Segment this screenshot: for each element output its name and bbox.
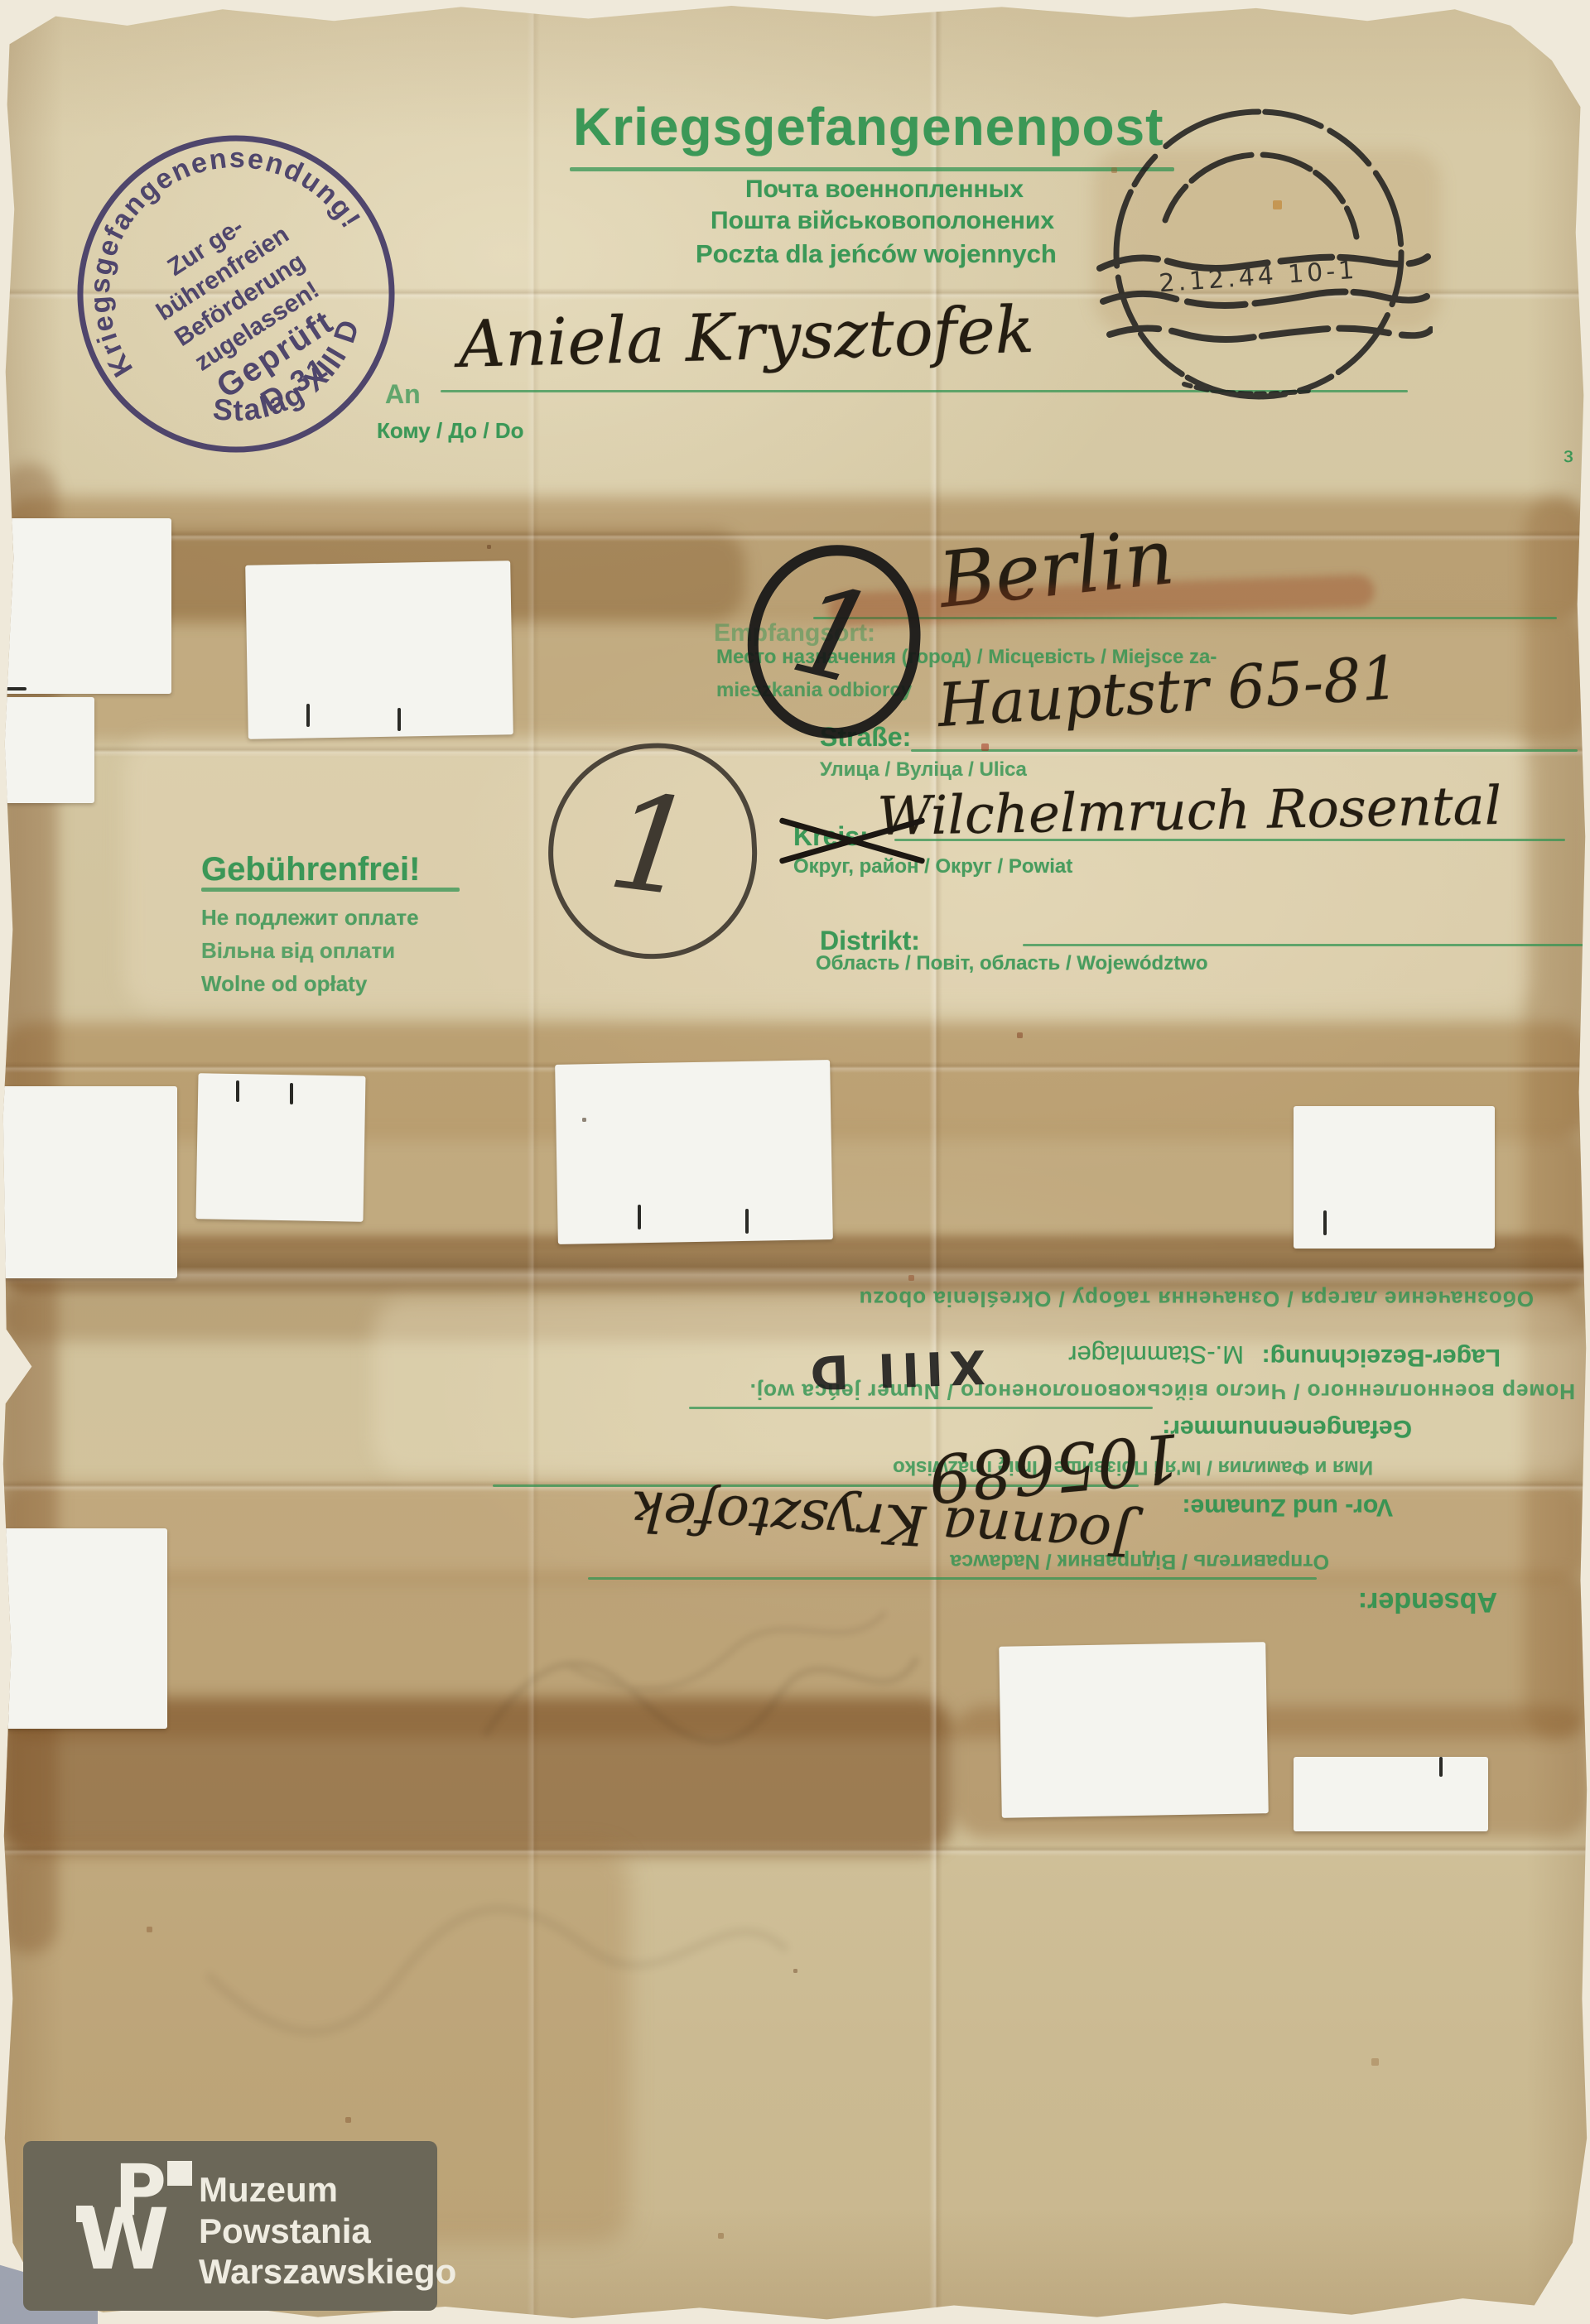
subtitle-russian: Почта военнопленных	[745, 176, 1024, 204]
title-underline	[570, 167, 1174, 171]
absender-label: Absender:	[1358, 1585, 1497, 1618]
city-line	[813, 617, 1557, 619]
censor-patch	[0, 697, 94, 803]
pencil-circled-one: 1	[542, 739, 762, 965]
lager-value: M.-Stammlager	[1068, 1340, 1244, 1369]
subtitle-polish: Poczta dla jeńców wojennych	[696, 239, 1057, 269]
form-title: Kriegsgefangenenpost	[573, 96, 1164, 157]
pencil-tick	[290, 1083, 293, 1104]
pencil-tick	[745, 1209, 749, 1234]
pencil-tick	[638, 1205, 641, 1229]
kreis-handwriting: Wilchelmruch Rosental	[877, 776, 1502, 848]
circled-one-stamp: 1	[741, 539, 927, 744]
fee-line-ru: Не подлежит оплате	[201, 905, 419, 931]
lager-sub: Обозначение лагеря / Означення табору / …	[859, 1286, 1534, 1311]
pencil-tick	[306, 704, 310, 727]
museum-name-line1: Muzeum	[199, 2169, 456, 2211]
scanned-pow-postcard: Kriegsgefangenenpost Почта военнопленных…	[0, 0, 1590, 2324]
margin-mark: з	[1563, 442, 1573, 468]
kotwica-square-decor	[76, 2206, 93, 2222]
museum-name: Muzeum Powstania Warszawskiego	[199, 2169, 456, 2293]
camp-censor-stamp: Kriegsgefangenensendung! Stalag XIII D Z…	[7, 65, 465, 522]
absender-line	[588, 1577, 1317, 1580]
censor-patch	[999, 1642, 1269, 1818]
pencil-one-value: 1	[601, 763, 704, 927]
lager-number-stamp: XIII D	[802, 1339, 986, 1399]
fee-line-pl: Wolne od opłaty	[201, 971, 367, 997]
pencil-tick	[236, 1080, 239, 1102]
fee-title: Gebührenfrei!	[201, 851, 420, 888]
pencil-tick	[1439, 1757, 1443, 1777]
foxing-dots	[0, 0, 1, 1]
postmark: 2.12.44 10-1	[1085, 93, 1433, 424]
censor-patch	[0, 1528, 167, 1729]
kotwica-p-glyph: P	[114, 2149, 166, 2232]
kreis-sub: Округ, район / Округ / Powiat	[793, 855, 1072, 878]
addressee-name-handwriting: Aniela Krysztofek	[458, 293, 1035, 383]
censor-patch	[555, 1060, 833, 1244]
censor-patch	[195, 1073, 365, 1221]
fee-underline	[201, 888, 460, 892]
distrikt-sub: Область / Повіт, область / Województwo	[816, 952, 1208, 975]
censor-patch	[0, 518, 171, 694]
strasse-sub: Улица / Вуліца / Ulica	[820, 758, 1027, 782]
distrikt-line	[1023, 944, 1588, 946]
strasse-line	[911, 749, 1578, 752]
city-handwriting: Berlin	[935, 512, 1178, 625]
postcard-paper: Kriegsgefangenenpost Почта военнопленных…	[0, 0, 1590, 2324]
pencil-tick	[1323, 1210, 1327, 1235]
kotwica-anchor-icon: W P	[75, 2154, 215, 2295]
circled-one-value: 1	[778, 556, 890, 715]
pencil-tick	[397, 708, 401, 731]
lager-label: Lager-Bezeichnung:	[1262, 1343, 1501, 1371]
subtitle-ukrainian: Пошта військовополонених	[711, 207, 1054, 235]
museum-watermark: W P Muzeum Powstania Warszawskiego	[23, 2141, 437, 2311]
censor-patch	[245, 561, 513, 739]
an-sublabel: Кому / До / Do	[377, 418, 523, 444]
pencil-tick	[2, 687, 26, 690]
gefangenennummer-label: Gefangenennummer:	[1162, 1414, 1412, 1442]
kotwica-square-decor	[167, 2161, 192, 2186]
museum-name-line2: Powstania	[199, 2211, 456, 2252]
censor-patch	[0, 1086, 177, 1278]
zuname-label: Vor- und Zuname:	[1183, 1493, 1393, 1521]
fee-line-uk: Вільна від оплати	[201, 938, 395, 964]
censor-patch	[1294, 1757, 1488, 1831]
gefangenennummer-line	[689, 1407, 1153, 1409]
museum-name-line3: Warszawskiego	[199, 2251, 456, 2293]
prisoner-number-handwriting: 105689	[926, 1418, 1184, 1517]
ink-bleed	[193, 1842, 802, 2082]
